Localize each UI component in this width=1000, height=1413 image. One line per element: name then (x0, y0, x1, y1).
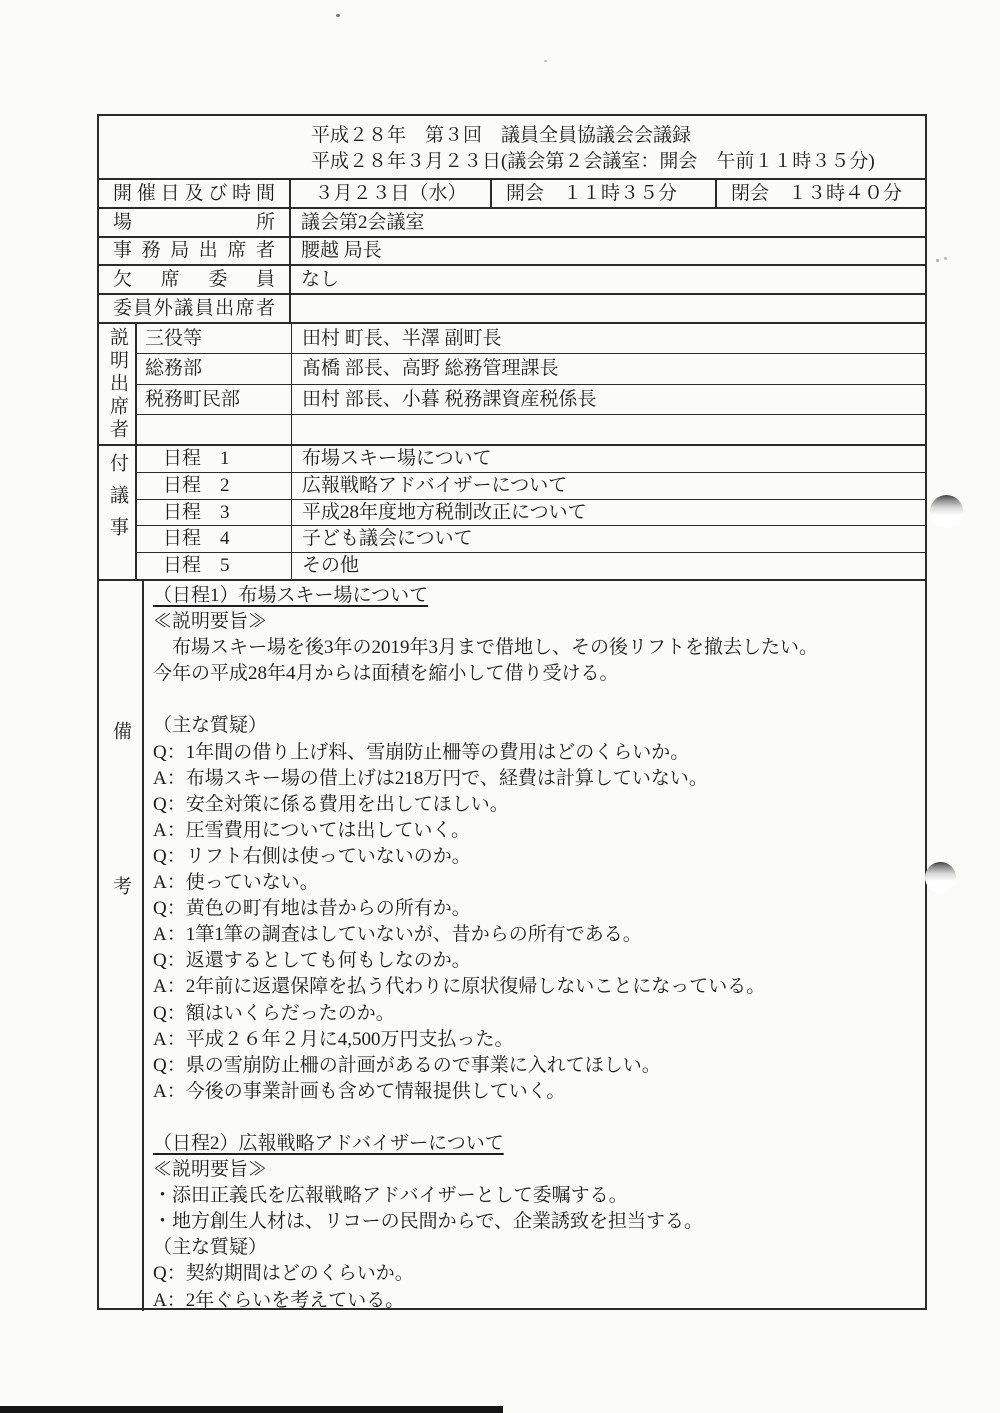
note-line: Q：契約期間はどのくらいか。 (153, 1261, 921, 1287)
explainers-group-label: 説明出席者 (99, 324, 135, 444)
place-value: 議会第2会議室 (289, 209, 925, 236)
agenda-item-no: 日程 4 (137, 526, 291, 552)
title-cell: 平成２８年 第３回 議員全員協議会会議録 平成２８年３月２３日(議会第２会議室：… (99, 116, 925, 178)
agenda-item-title: 布場スキー場について (291, 446, 925, 472)
note-line: A：2年前に返還保障を払う代わりに原状復帰しないことになっている。 (153, 974, 921, 1000)
scan-speck (936, 259, 939, 262)
note-line: （主な質疑） (153, 713, 921, 739)
explainer-row: 総務部 髙橋 部長、高野 総務管理課長 (137, 353, 925, 383)
absent-label: 欠席委員 (99, 266, 289, 293)
agenda-row: 日程 3 平成28年度地方税制改正について (137, 499, 925, 526)
note-line: ≪説明要旨≫ (153, 609, 921, 635)
notes-group: 備考 （日程1）布場スキー場について ≪説明要旨≫ 布場スキー場を後3年の201… (99, 579, 925, 1311)
note-line: Q：安全対策に係る費用を出してほしい。 (153, 792, 921, 818)
note-line: 今年の平成28年4月からは面積を縮小して借り受ける。 (153, 661, 921, 687)
explainer-dept: 総務部 (137, 354, 291, 383)
nonmember-value (289, 295, 925, 322)
agenda-item-no: 日程 1 (137, 446, 291, 472)
note-line: ・添田正義氏を広報戦略アドバイザーとして委嘱する。 (153, 1183, 921, 1209)
note-line: A：2年ぐらいを考えている。 (153, 1288, 921, 1311)
explainer-row: 税務町民部 田村 部長、小暮 税務課資産税係長 (137, 384, 925, 414)
agenda-group-label: 付議事件 (99, 446, 135, 579)
explainer-names: 田村 町長、半澤 副町長 (291, 324, 925, 353)
note-line: ≪説明要旨≫ (153, 1157, 921, 1183)
agenda-item-no: 日程 5 (137, 553, 291, 579)
note-line: A：平成２６年２月に4,500万円支払った。 (153, 1027, 921, 1053)
nonmember-label: 委員外議員出席者 (99, 295, 289, 322)
agenda-item-title: 広報戦略アドバイザーについて (291, 473, 925, 499)
note-line: （日程1）布場スキー場について (153, 583, 921, 609)
datetime-label: 開催日及び時間 (99, 180, 289, 207)
agenda-row: 日程 4 子ども議会について (137, 525, 925, 552)
absent-value: なし (289, 266, 925, 293)
date-value: ３月２３日（水） (289, 180, 490, 207)
note-line: Q：リフト右側は使っていないのか。 (153, 844, 921, 870)
agenda-row: 日程 5 その他 (137, 552, 925, 579)
notes-group-label: 備考 (99, 581, 142, 1311)
note-line: ・地方創生人材は、リコーの民間からで、企業誘致を担当する。 (153, 1209, 921, 1235)
explainers-group: 説明出席者 三役等 田村 町長、半澤 副町長 総務部 髙橋 部長、高野 総務管理… (99, 322, 925, 444)
explainer-row (137, 414, 925, 444)
note-line: （日程2）広報戦略アドバイザーについて (153, 1131, 921, 1157)
note-line: A：圧雪費用については出していく。 (153, 818, 921, 844)
scan-speck (544, 60, 547, 62)
note-line: Q：1年間の借り上げ料、雪崩防止柵等の費用はどのくらいか。 (153, 740, 921, 766)
note-line: （主な質疑） (153, 1235, 921, 1261)
note-line: A：今後の事業計画も含めて情報提供していく。 (153, 1079, 921, 1105)
open-time-value: 開会 １１時３５分 (490, 180, 715, 207)
row-datetime: 開催日及び時間 ３月２３日（水） 開会 １１時３５分 閉会 １３時４０分 (99, 178, 925, 207)
agenda-row: 日程 1 布場スキー場について (137, 446, 925, 472)
row-absent: 欠席委員 なし (99, 264, 925, 293)
explainer-names: 田村 部長、小暮 税務課資産税係長 (291, 385, 925, 414)
explainer-names: 髙橋 部長、高野 総務管理課長 (291, 354, 925, 383)
close-time-value: 閉会 １３時４０分 (715, 180, 925, 207)
row-place: 場所 議会第2会議室 (99, 207, 925, 236)
document-title: 平成２８年 第３回 議員全員協議会会議録 (311, 123, 875, 149)
agenda-group: 付議事件 日程 1 布場スキー場について 日程 2 広報戦略アドバイザーについて… (99, 444, 925, 579)
document-subtitle: 平成２８年３月２３日(議会第２会議室：開会 午前１１時３５分) (311, 149, 875, 175)
agenda-item-no: 日程 2 (137, 473, 291, 499)
explainer-names (291, 415, 925, 444)
scan-speck (336, 14, 340, 17)
note-line: A：布場スキー場の借上げは218万円で、経費は計算していない。 (153, 766, 921, 792)
explainer-dept (137, 415, 291, 444)
place-label: 場所 (99, 209, 289, 236)
punch-hole (925, 862, 956, 893)
row-nonmember: 委員外議員出席者 (99, 293, 925, 322)
secretariat-value: 腰越 局長 (289, 238, 925, 264)
agenda-item-title: その他 (291, 553, 925, 579)
scan-artifact-line (0, 1406, 503, 1413)
note-line: Q：額はいくらだったのか。 (153, 1001, 921, 1027)
agenda-item-no: 日程 3 (137, 500, 291, 526)
note-line: 布場スキー場を後3年の2019年3月まで借地し、その後リフトを撤去したい。 (153, 635, 921, 661)
scan-speck (944, 257, 947, 260)
notes-content: （日程1）布場スキー場について ≪説明要旨≫ 布場スキー場を後3年の2019年3… (142, 581, 925, 1311)
note-line: Q：返還するとしても何もしなのか。 (153, 948, 921, 974)
row-secretariat: 事務局出席者 腰越 局長 (99, 236, 925, 264)
agenda-row: 日程 2 広報戦略アドバイザーについて (137, 472, 925, 499)
note-line: A：1筆1筆の調査はしていないが、昔からの所有である。 (153, 922, 921, 948)
secretariat-label: 事務局出席者 (99, 238, 289, 264)
note-line: Q：県の雪崩防止柵の計画があるので事業に入れてほしい。 (153, 1053, 921, 1079)
agenda-item-title: 子ども議会について (291, 526, 925, 552)
agenda-item-title: 平成28年度地方税制改正について (291, 500, 925, 526)
explainer-dept: 税務町民部 (137, 385, 291, 414)
scanned-page: 平成２８年 第３回 議員全員協議会会議録 平成２８年３月２３日(議会第２会議室：… (0, 0, 1000, 1413)
meeting-minutes-table: 平成２８年 第３回 議員全員協議会会議録 平成２８年３月２３日(議会第２会議室：… (97, 114, 927, 1310)
punch-hole (930, 495, 963, 528)
explainer-row: 三役等 田村 町長、半澤 副町長 (137, 324, 925, 353)
explainer-dept: 三役等 (137, 324, 291, 353)
note-line: A：使っていない。 (153, 870, 921, 896)
note-line (153, 687, 921, 713)
note-line: Q：黄色の町有地は昔からの所有か。 (153, 896, 921, 922)
note-line (153, 1105, 921, 1131)
